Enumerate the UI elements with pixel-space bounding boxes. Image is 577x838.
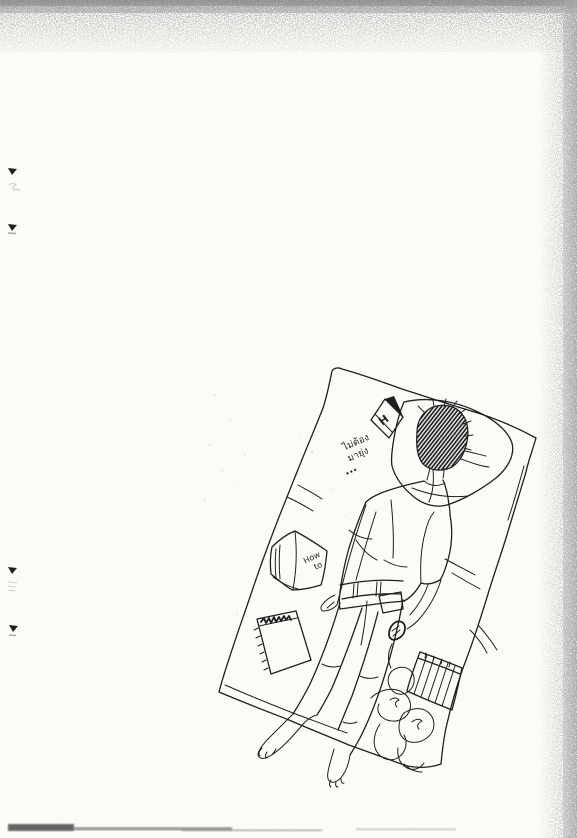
page-scan-svg: H ไม่ต้อง มายุ่ง ...: [0, 0, 577, 838]
scanned-page: H ไม่ต้อง มายุ่ง ...: [0, 0, 577, 838]
